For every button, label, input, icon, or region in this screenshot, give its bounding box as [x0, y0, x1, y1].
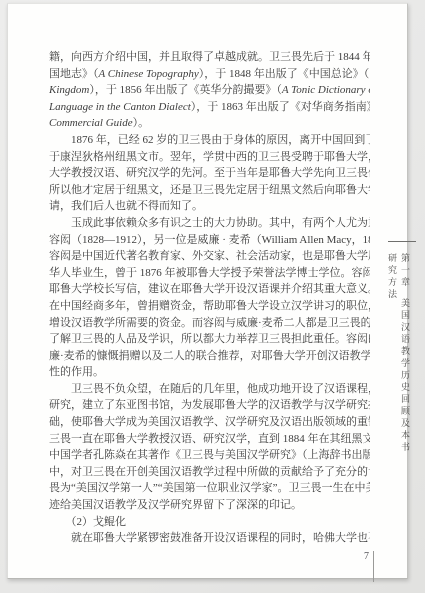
- text-line: 性的作用。: [49, 364, 370, 381]
- chapter-tab: 第一章美国汉语教学历史回顾及本书研究方法: [386, 253, 412, 463]
- text-line: 容闳是中国近代著名教育家、外交家、社会活动家，也是耶鲁大学历史上第一个: [49, 248, 370, 265]
- text-line: 中，对卫三畏在开创美国汉语教学过程中所做的贡献给予了充分的肯定，称卫三: [49, 464, 370, 481]
- text-line: （2）戈鲲化: [49, 514, 370, 531]
- text-line: 籍，向西方介绍中国，并且取得了卓越成就。卫三畏先后于 1844 年出版了《中: [49, 49, 370, 66]
- text-line: 研究，建立了东亚图书馆，为发展耶鲁大学的汉语教学与汉学研究打下了良好基: [49, 397, 370, 414]
- chapter-tab-rule: [388, 241, 416, 242]
- text-line: Commercial Guide）。: [49, 115, 370, 132]
- text-line: 中国学者孔陈焱在其著作《卫三畏与美国汉学研究》（上海辞书出版社，2010）: [49, 447, 370, 464]
- text-line: Language in the Canton Dialect），于 1863 年…: [49, 99, 370, 116]
- text-line: 廉·麦希的慷慨捐赠以及二人的联合推荐，对耶鲁大学开创汉语教学起到了决定: [49, 348, 370, 365]
- text-line: 1876 年，已经 62 岁的卫三畏由于身体的原因，离开中国回到了美国，定居: [49, 132, 370, 149]
- scan-background: 籍，向西方介绍中国，并且取得了卓越成就。卫三畏先后于 1844 年出版了《中国地…: [0, 0, 425, 593]
- text-line: 大学教授汉语、研究汉学的先河。至于当年是耶鲁大学先向卫三畏伸出了橄榄枝: [49, 165, 370, 182]
- text-line: Kingdom），于 1856 年出版了《英华分韵撮要》（A Tonic Dic…: [49, 82, 370, 99]
- text-line: 耶鲁大学校长写信，建议在耶鲁大学开设汉语课并介绍其重大意义。威廉·麦希: [49, 281, 370, 298]
- text-line: 在中国经商多年，曾捐赠资金，帮助耶鲁大学设立汉学讲习的职位，保证了学校: [49, 298, 370, 315]
- text-line: 于康涅狄格州纽黑文市。翌年，学贯中西的卫三畏受聘于耶鲁大学，开了在美国: [49, 149, 370, 166]
- text-line: 增设汉语教学所需要的资金。而容闳与威廉·麦希二人都是卫三畏的老朋友，都: [49, 315, 370, 332]
- text-line: 畏为“美国汉学第一人”“美国第一位职业汉学家”。卫三畏一生在中美两国的足: [49, 480, 370, 497]
- body-text: 籍，向西方介绍中国，并且取得了卓越成就。卫三畏先后于 1844 年出版了《中国地…: [49, 49, 370, 547]
- page-number-rule: [373, 551, 374, 582]
- text-line: 容闳（1828—1912），另一位是威廉 · 麦希（William Allen …: [49, 232, 370, 249]
- chapter-label: 第一章: [400, 253, 410, 289]
- text-line: 华人毕业生，曾于 1876 年被耶鲁大学授予荣誉法学博士学位。容闳曾经两次给: [49, 265, 370, 282]
- text-line: 迹给美国汉语教学及汉学研究界留下了深深的印记。: [49, 497, 370, 514]
- text-line: 请，我们后人也就不得而知了。: [49, 198, 370, 215]
- text-line: 所以他才定居于纽黑文，还是卫三畏先定居于纽黑文然后向耶鲁大学发出工作申: [49, 182, 370, 199]
- text-line: 础，使耶鲁大学成为美国汉语教学、汉学研究及汉语出版领域的重镇。此后，卫: [49, 414, 370, 431]
- text-line: 了解卫三畏的人品及学识，所以都大力举荐卫三畏担此重任。容闳的建议和威: [49, 331, 370, 348]
- page-number: 7: [357, 551, 369, 562]
- book-page: 籍，向西方介绍中国，并且取得了卓越成就。卫三畏先后于 1844 年出版了《中国地…: [7, 3, 408, 579]
- text-line: 玉成此事依赖众多有识之士的大力协助。其中，有两个人尤为重要：一位是: [49, 215, 370, 232]
- text-line: 三畏一直在耶鲁大学教授汉语、研究汉学，直到 1884 年在其纽黑文的家中去世。: [49, 431, 370, 448]
- text-line: 就在耶鲁大学紧锣密鼓准备开设汉语课程的同时，哈佛大学也不甘落后，也: [49, 530, 370, 547]
- text-line: 国地志》（A Chinese Topography），于 1848 年出版了《中…: [49, 66, 370, 83]
- text-line: 卫三畏不负众望，在随后的几年里，他成功地开设了汉语课程，开始了汉学: [49, 381, 370, 398]
